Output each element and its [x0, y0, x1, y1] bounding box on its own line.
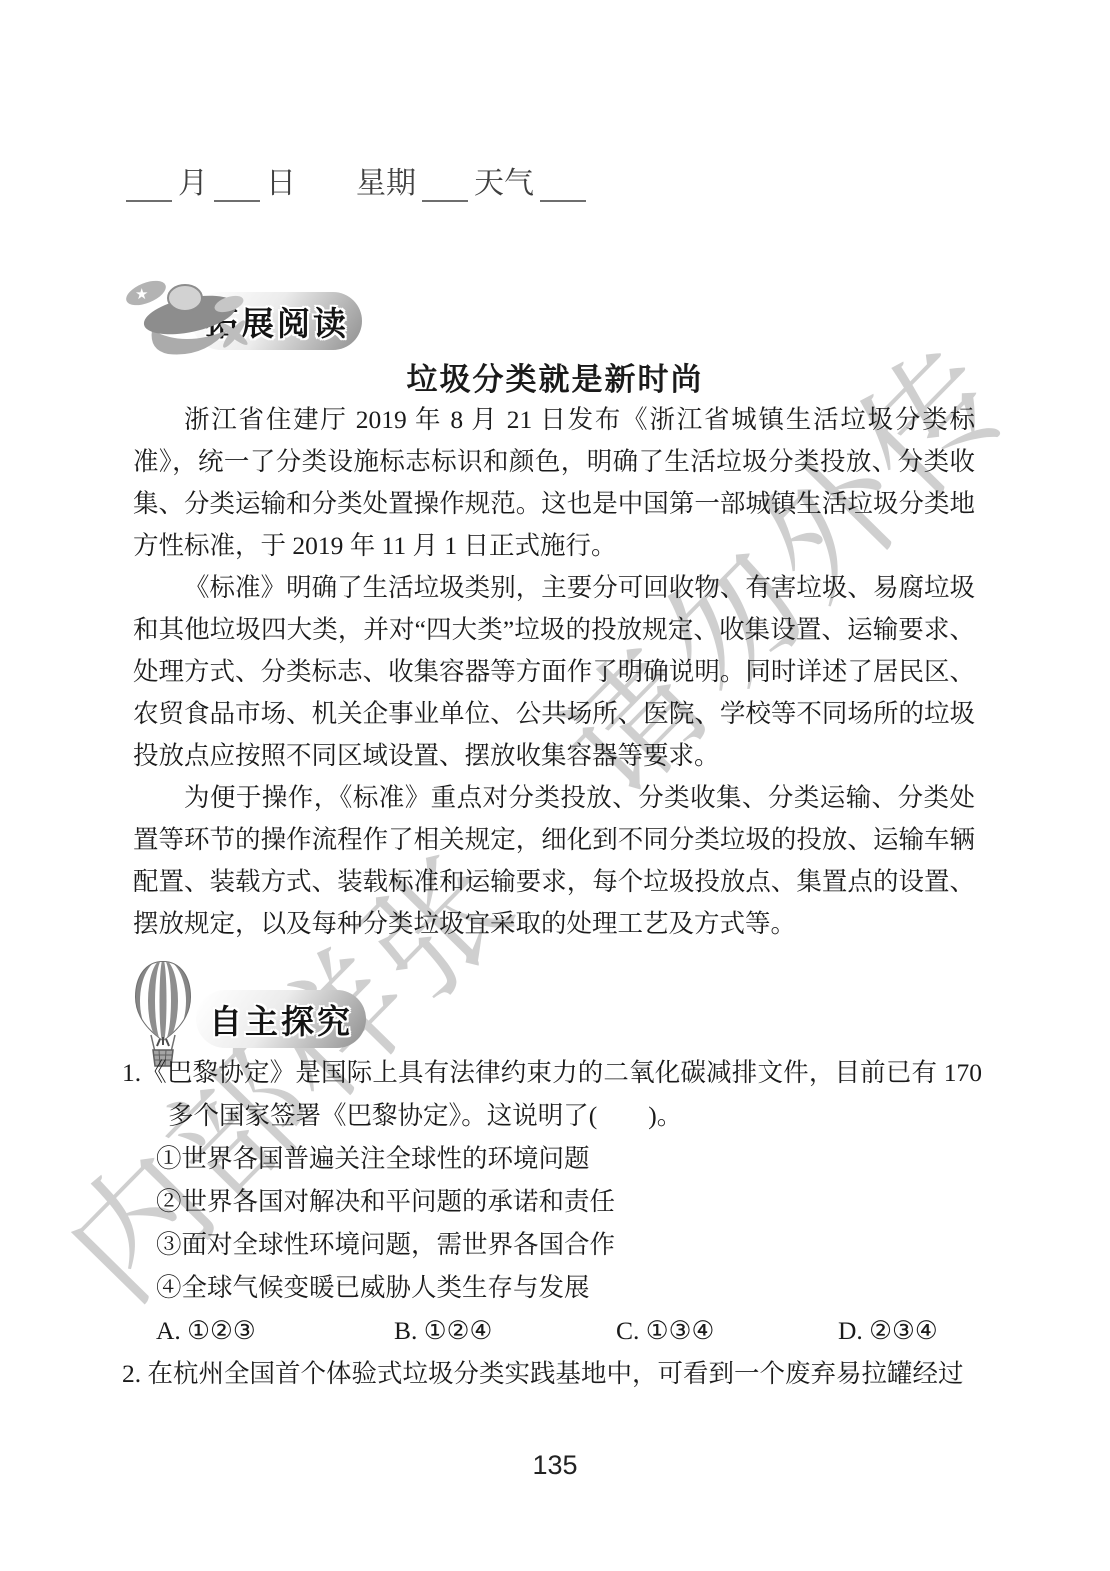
- article-paragraph-1: 浙江省住建厅 2019 年 8 月 21 日发布《浙江省城镇生活垃圾分类标准》，…: [133, 399, 975, 567]
- svg-text:★: ★: [135, 287, 148, 303]
- airplane-icon: ★: [122, 268, 252, 360]
- weekday-label: 星期: [356, 158, 416, 202]
- question-section: 1.《巴黎协定》是国际上具有法律约束力的二氧化碳减排文件，目前已有 170 多个…: [122, 1051, 982, 1395]
- month-blank: [126, 166, 172, 202]
- question-1-text: 《巴黎协定》是国际上具有法律约束力的二氧化碳减排文件，目前已有 170 多个国家…: [141, 1058, 982, 1130]
- section-badge-self-exploration: 自主探究: [196, 990, 366, 1048]
- question-1: 1.《巴黎协定》是国际上具有法律约束力的二氧化碳减排文件，目前已有 170 多个…: [122, 1051, 982, 1352]
- question-2-number: 2.: [122, 1359, 141, 1388]
- day-blank: [214, 166, 260, 202]
- question-1-option-2: ②世界各国对解决和平问题的承诺和责任: [122, 1180, 982, 1223]
- badge-label-self-exploration: 自主探究: [209, 996, 353, 1043]
- question-2-text: 在杭州全国首个体验式垃圾分类实践基地中，可看到一个废弃易拉罐经过: [148, 1359, 964, 1388]
- weekday-blank: [422, 166, 468, 202]
- page-number: 135: [0, 1450, 1110, 1481]
- choice-c: C. ①③④: [616, 1309, 838, 1352]
- weather-label: 天气: [474, 158, 534, 202]
- article-paragraph-2: 《标准》明确了生活垃圾类别，主要分可回收物、有害垃圾、易腐垃圾和其他垃圾四大类，…: [133, 567, 975, 777]
- question-1-option-3: ③面对全球性环境问题，需世界各国合作: [122, 1223, 982, 1266]
- article-body: 浙江省住建厅 2019 年 8 月 21 日发布《浙江省城镇生活垃圾分类标准》，…: [133, 399, 975, 945]
- choice-a: A. ①②③: [156, 1309, 394, 1352]
- article-paragraph-3: 为便于操作，《标准》重点对分类投放、分类收集、分类运输、分类处置等环节的操作流程…: [133, 777, 975, 945]
- date-line: 月 日 星期 天气: [120, 158, 592, 202]
- page-content: 月 日 星期 天气 ★ 拓展阅读: [0, 0, 1110, 1571]
- question-1-option-4: ④全球气候变暖已威胁人类生存与发展: [122, 1266, 982, 1309]
- question-1-option-1: ①世界各国普遍关注全球性的环境问题: [122, 1137, 982, 1180]
- section-badge-extended-reading: ★ 拓展阅读: [192, 292, 362, 350]
- weather-blank: [540, 166, 586, 202]
- workbook-page: 内部样张 请勿外传 月 日 星期 天气: [0, 0, 1110, 1571]
- question-2-stem: 2. 在杭州全国首个体验式垃圾分类实践基地中，可看到一个废弃易拉罐经过: [122, 1352, 982, 1395]
- day-label: 日: [266, 158, 296, 202]
- question-1-answer-choices: A. ①②③ B. ①②④ C. ①③④ D. ②③④: [122, 1309, 982, 1352]
- article-title: 垃圾分类就是新时尚: [0, 354, 1110, 399]
- question-1-number: 1.: [122, 1058, 141, 1087]
- badge-pill: 自主探究: [196, 990, 366, 1048]
- question-2: 2. 在杭州全国首个体验式垃圾分类实践基地中，可看到一个废弃易拉罐经过: [122, 1352, 982, 1395]
- choice-d: D. ②③④: [838, 1309, 938, 1352]
- month-label: 月: [178, 158, 208, 202]
- choice-b: B. ①②④: [394, 1309, 616, 1352]
- question-1-stem: 1.《巴黎协定》是国际上具有法律约束力的二氧化碳减排文件，目前已有 170 多个…: [122, 1051, 982, 1137]
